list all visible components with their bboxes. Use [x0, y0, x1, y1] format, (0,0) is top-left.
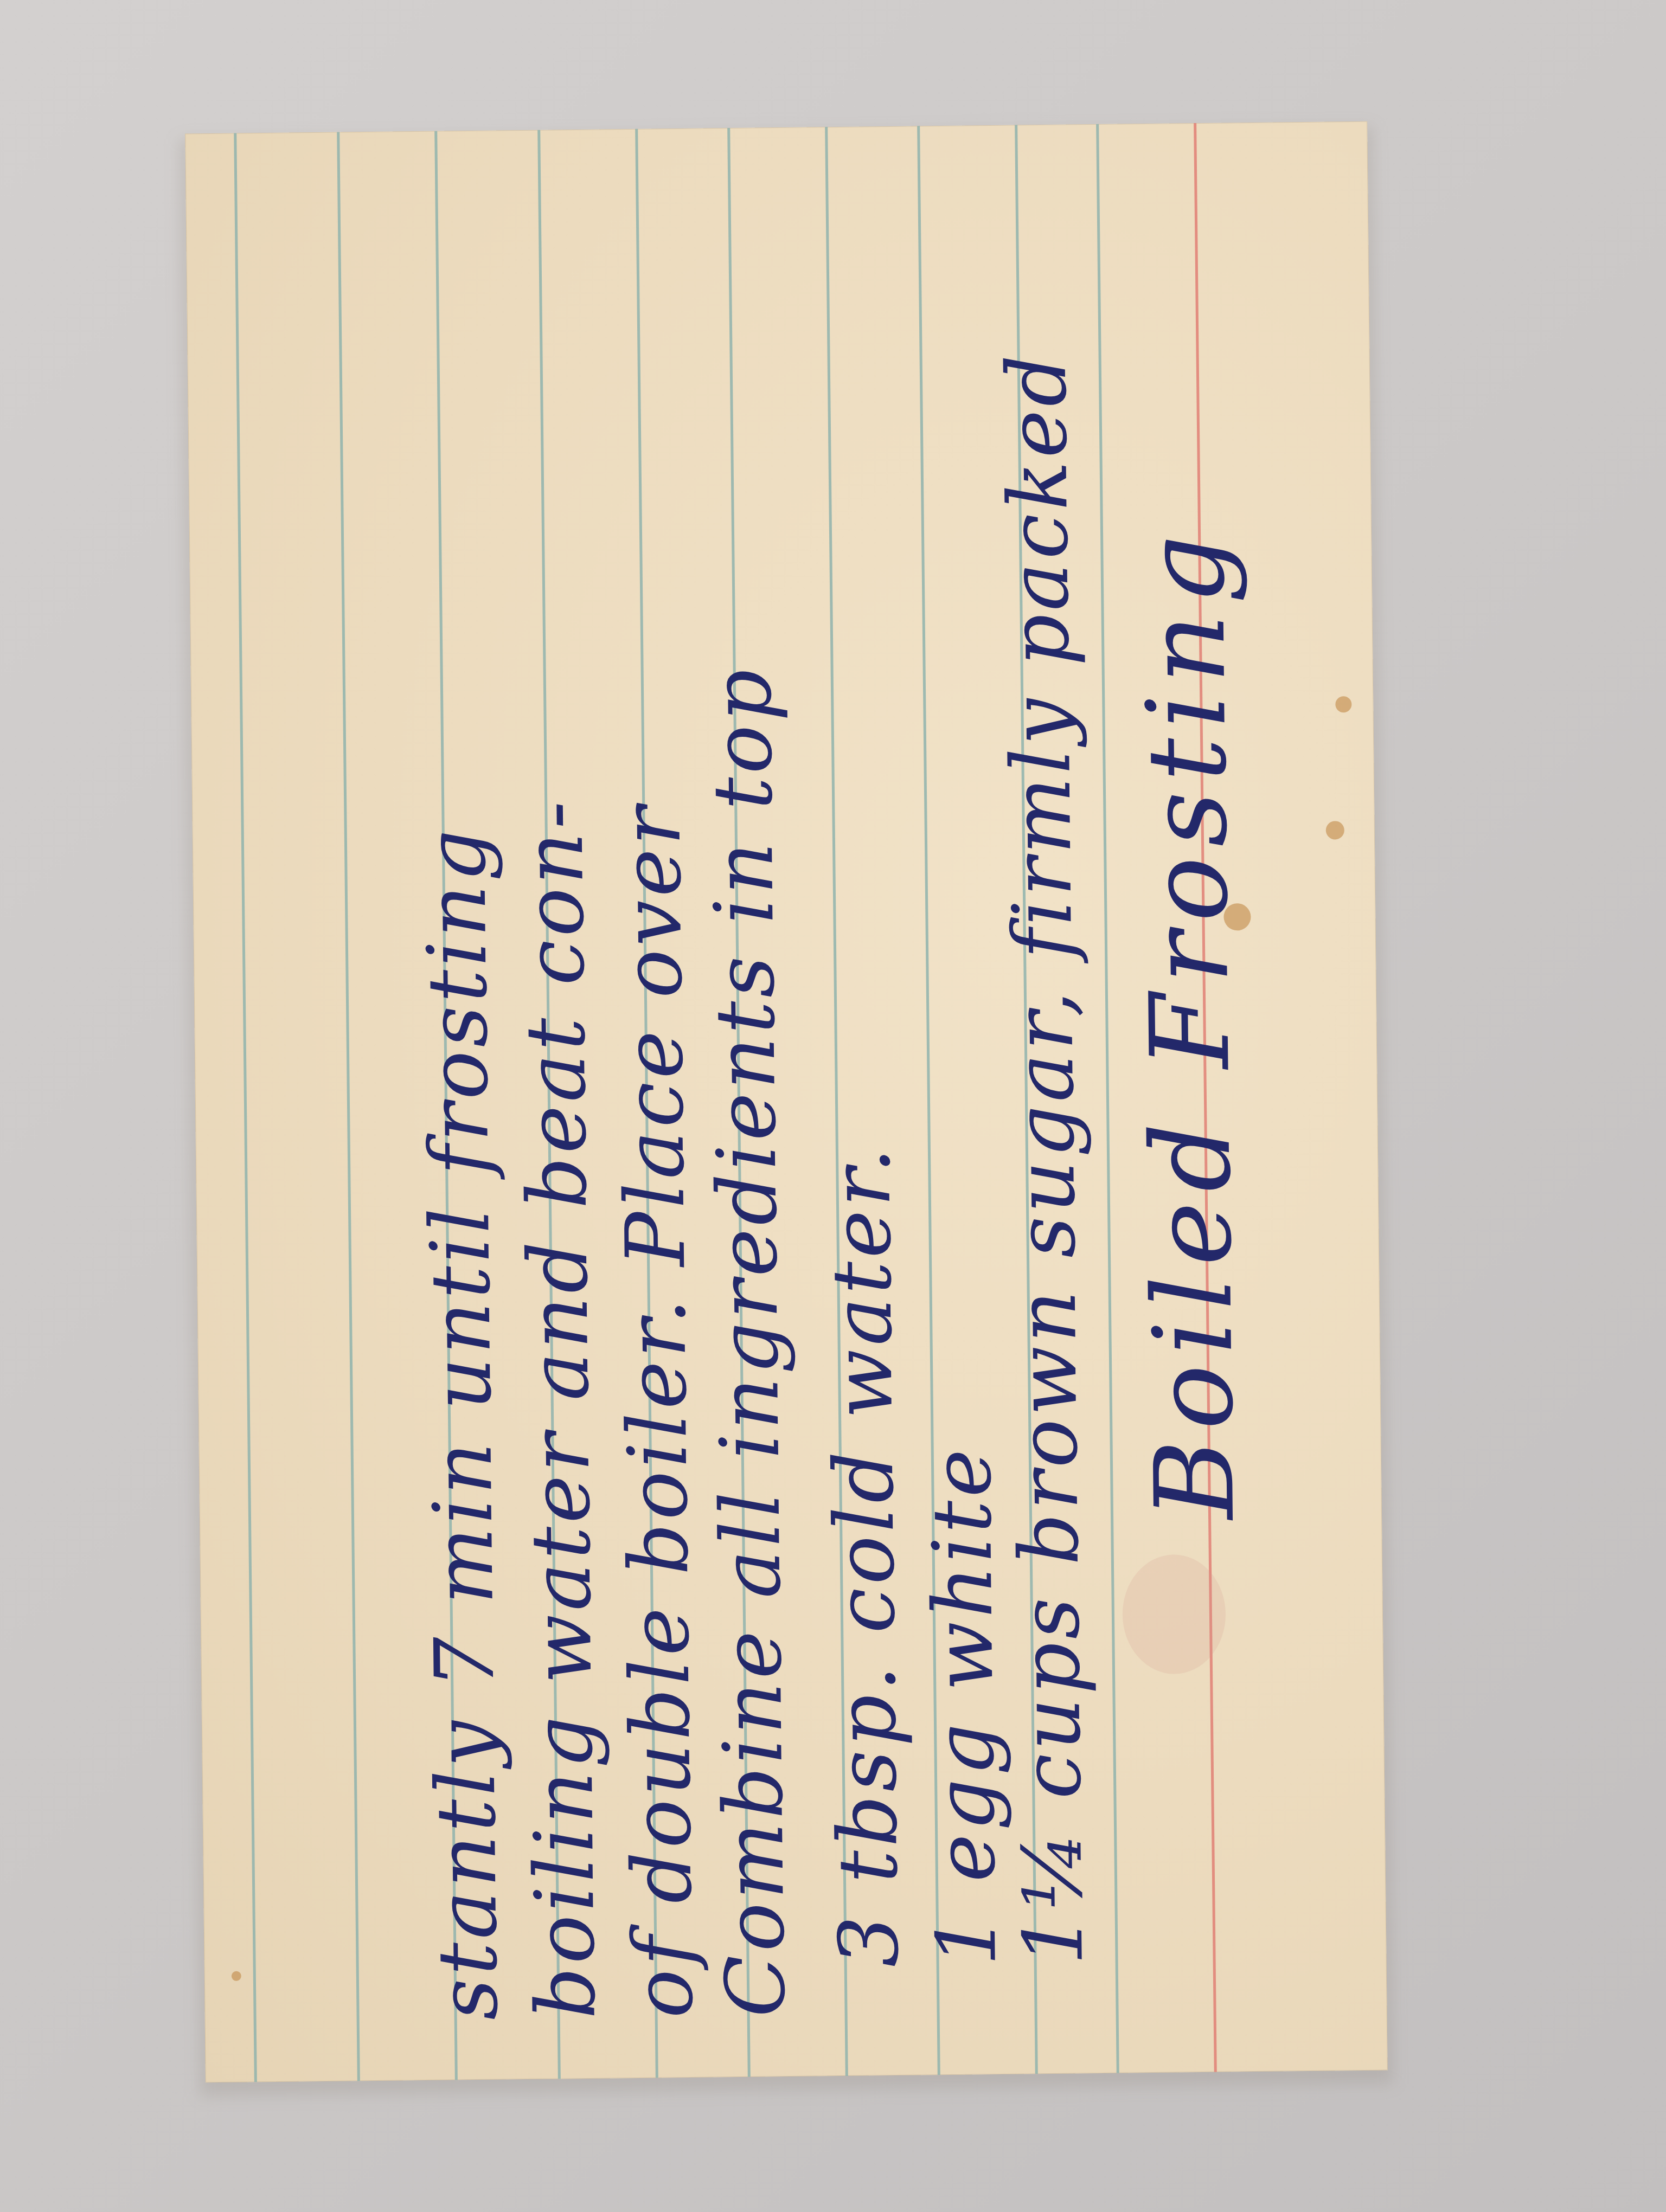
recipe-title: Boiled Frosting: [1122, 524, 1259, 1520]
ingredient-line: 1 egg white: [915, 1445, 1015, 1966]
instruction-line: stantly 7 min until frosting: [409, 826, 516, 2021]
instruction-line: boiling water and beat con-: [507, 798, 614, 2020]
recipe-card: Boiled Frosting 1¼ cups brown sugar, fir…: [185, 121, 1388, 2083]
instruction-line: of double boiler. Place over: [604, 803, 711, 2019]
instruction-line: Combine all ingredients in top: [695, 666, 804, 2017]
handwritten-text: Boiled Frosting 1¼ cups brown sugar, fir…: [185, 121, 1388, 2083]
ingredient-line: 3 tbsp. cold water.: [814, 1144, 917, 1967]
